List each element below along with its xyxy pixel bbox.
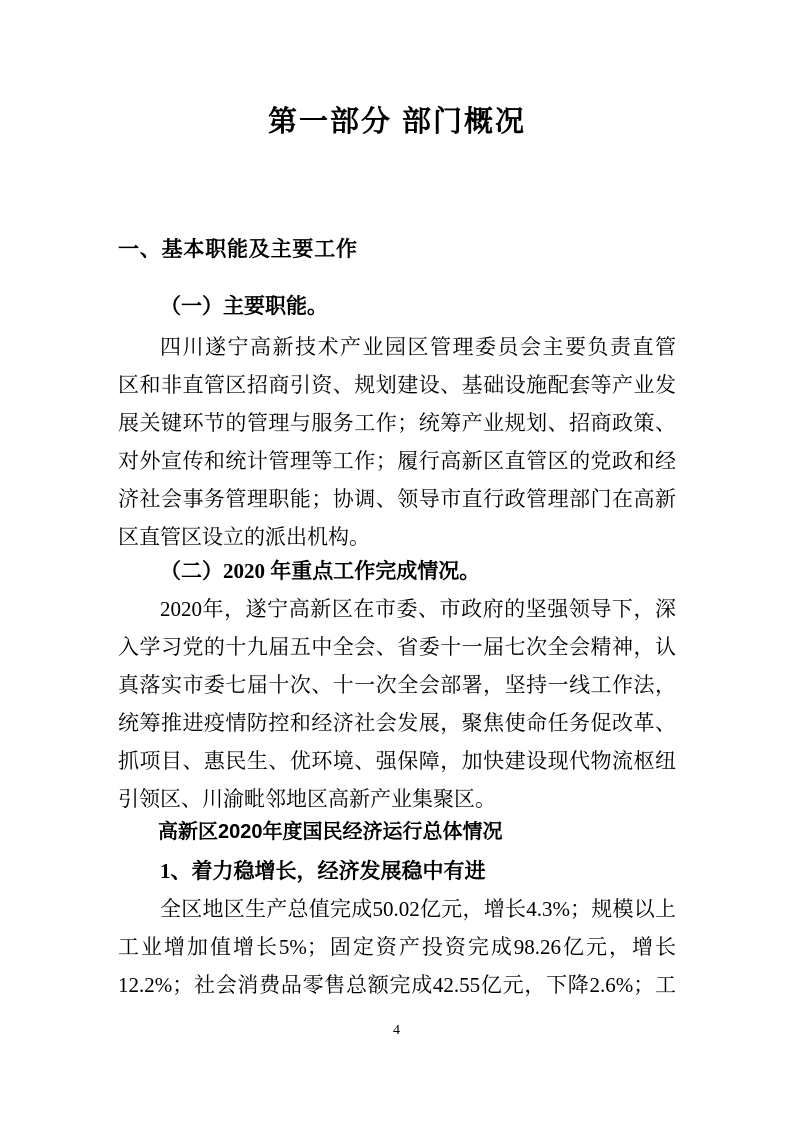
body-line: 抓项目、惠民生、优环境、强保障，加快建设现代物流枢纽 bbox=[118, 742, 676, 780]
body-line: 12.2%；社会消费品零售总额完成42.55亿元，下降2.6%；工 bbox=[118, 966, 676, 1004]
body-line: 济社会事务管理职能；协调、领导市直行政管理部门在高新 bbox=[118, 480, 676, 518]
paragraph-main-duties: 四川遂宁高新技术产业园区管理委员会主要负责直管 区和非直管区招商引资、规划建设、… bbox=[118, 328, 676, 556]
body-line: 真落实市委七届十次、十一次全会部署，坚持一线工作法， bbox=[118, 666, 676, 704]
body-line: 2020年，遂宁高新区在市委、市政府的坚强领导下，深 bbox=[118, 590, 676, 628]
body-line: 展关键环节的管理与服务工作；统筹产业规划、招商政策、 bbox=[118, 404, 676, 442]
paragraph-2020-work: 2020年，遂宁高新区在市委、市政府的坚强领导下，深 入学习党的十九届五中全会、… bbox=[118, 590, 676, 818]
subsection-heading-main-duties: （一）主要职能。 bbox=[118, 287, 676, 325]
body-line: 工业增加值增长5%；固定资产投资完成98.26亿元，增长 bbox=[118, 928, 676, 966]
section-heading-1: 一、基本职能及主要工作 bbox=[118, 237, 676, 262]
body-line: 区和非直管区招商引资、规划建设、基础设施配套等产业发 bbox=[118, 366, 676, 404]
body-line: 四川遂宁高新技术产业园区管理委员会主要负责直管 bbox=[118, 328, 676, 366]
body-line: 入学习党的十九届五中全会、省委十一届七次全会精神，认 bbox=[118, 628, 676, 666]
paragraph-economy-stats: 全区地区生产总值完成50.02亿元，增长4.3%；规模以上 工业增加值增长5%；… bbox=[118, 890, 676, 1004]
subsection-heading-2020-work: （二）2020 年重点工作完成情况。 bbox=[118, 552, 676, 590]
body-line: 对外宣传和统计管理等工作；履行高新区直管区的党政和经 bbox=[118, 442, 676, 480]
body-line: 区直管区设立的派出机构。 bbox=[118, 518, 676, 556]
body-line: 统筹推进疫情防控和经济社会发展，聚焦使命任务促改革、 bbox=[118, 704, 676, 742]
doc-title: 第一部分 部门概况 bbox=[118, 104, 676, 140]
heading-economy-overview: 高新区2020年度国民经济运行总体情况 bbox=[118, 813, 676, 851]
heading-point1-growth: 1、着力稳增长，经济发展稳中有进 bbox=[118, 852, 676, 890]
body-line: 全区地区生产总值完成50.02亿元，增长4.3%；规模以上 bbox=[118, 890, 676, 928]
page-number: 4 bbox=[0, 1022, 793, 1040]
document-page: 第一部分 部门概况 一、基本职能及主要工作 （一）主要职能。 四川遂宁高新技术产… bbox=[0, 0, 793, 1122]
